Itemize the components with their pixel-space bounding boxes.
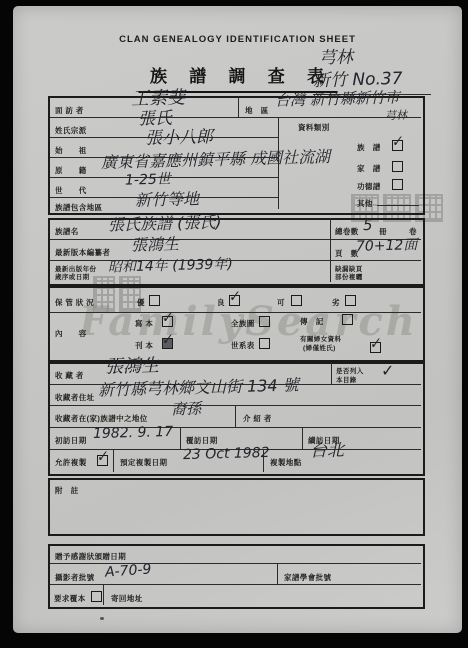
manuscript-checkbox <box>162 316 173 327</box>
rule <box>50 260 421 261</box>
interviewer-value: 王素斐 <box>131 89 185 108</box>
condition-option-label: 優 <box>137 297 145 308</box>
content-option-label: 刊 本 <box>135 340 153 351</box>
rule <box>103 584 104 605</box>
content-option-label: 傳 記 <box>300 316 324 327</box>
compiler-label: 最新版本編纂者 <box>55 247 110 258</box>
volumes-unit1: 冊 <box>379 226 387 237</box>
book-title-value: 張氏族譜 (張氏) <box>108 215 222 234</box>
rule <box>50 584 421 585</box>
content-option-label: 全族圖 <box>231 318 255 329</box>
copy-permission-checkbox <box>97 455 108 466</box>
surname-label: 姓氏宗派 <box>55 125 87 136</box>
first-ancestor-value: 張小八郎 <box>145 129 213 148</box>
scan-artifact-dot <box>100 617 104 620</box>
family-genealogy-checkbox <box>392 161 403 172</box>
women-data-label-line2: (婦僅姓氏) <box>303 343 336 352</box>
corner-note-number: 新竹 No.37 <box>313 71 403 90</box>
clan-genealogy-checkbox <box>392 140 403 151</box>
sheet-header-english: CLAN GENEALOGY IDENTIFICATION SHEET <box>13 34 462 45</box>
copy-permission-label: 允許複製 <box>55 457 87 468</box>
paper-page: CLAN GENEALOGY IDENTIFICATION SHEET 族 譜 … <box>13 6 462 633</box>
rule <box>50 312 421 313</box>
return-address-label: 寄回地址 <box>111 593 143 604</box>
condition-option-label: 良 <box>217 297 225 308</box>
volumes-unit2: 卷 <box>409 226 417 237</box>
region-value: 台灣 新竹縣新竹市 <box>275 90 400 108</box>
origin-label: 原 籍 <box>55 165 87 176</box>
condition-option-label: 劣 <box>332 297 340 308</box>
copy-date-value: 23 Oct 1982 <box>183 446 270 462</box>
content-option-label: 世系表 <box>231 340 255 351</box>
content-option-label: 寫 本 <box>135 318 153 329</box>
category-note: 芎林 <box>385 110 407 122</box>
category-option-label: 其他 <box>357 198 373 209</box>
missing-label-line2: 部份複曬 <box>335 272 363 281</box>
volumes-value: 5 <box>363 218 373 233</box>
women-data-checkbox <box>370 342 381 353</box>
compiler-value: 張鴻生 <box>131 236 179 253</box>
generations-value: 1-25世 <box>125 172 171 187</box>
rule <box>277 563 278 584</box>
rule <box>113 449 114 472</box>
pubdate-label-line2: 歲序或日期 <box>55 272 90 281</box>
scanned-sheet: CLAN GENEALOGY IDENTIFICATION SHEET 族 譜 … <box>0 0 468 648</box>
book-title-label: 族譜名 <box>55 226 79 237</box>
listed-label-line1: 是否列入 <box>336 366 364 375</box>
category-option-label: 功德譜 <box>357 181 381 192</box>
rule <box>302 427 303 449</box>
copy-place-value: 台北 <box>310 443 344 461</box>
award-date-label: 贈予感謝狀頒贈日期 <box>55 551 126 562</box>
holder-name-value: 張鴻生 <box>105 357 159 376</box>
photographer-batch-value: A-70-9 <box>105 562 152 579</box>
holder-name-label: 收 藏 者 <box>55 370 84 381</box>
content-label: 內 容 <box>55 328 87 339</box>
introducer-label: 介 紹 者 <box>243 413 272 424</box>
copy-request-checkbox <box>91 591 102 602</box>
holder-position-label: 收藏者在(家)族譜中之地位 <box>55 413 148 424</box>
biography-checkbox <box>342 314 353 325</box>
second-visit-label: 覆訪日期 <box>186 435 218 446</box>
pedigree-table-checkbox <box>259 338 270 349</box>
rule <box>330 218 331 282</box>
condition-excellent-checkbox <box>149 295 160 306</box>
corner-note-town: 芎林 <box>319 50 353 68</box>
category-label: 資料類別 <box>298 122 330 133</box>
copy-place-label: 複製地點 <box>270 457 302 468</box>
interviewer-label: 面 訪 者 <box>55 105 84 116</box>
region-label: 地 區 <box>245 105 269 116</box>
category-option-label: 族 譜 <box>357 142 381 153</box>
pubdate-value: 昭和14年 (1939年) <box>108 257 233 274</box>
first-ancestor-label: 始 祖 <box>55 145 87 156</box>
rule <box>238 96 239 117</box>
holder-address-label: 收藏者住址 <box>55 392 95 403</box>
notes-label: 附 註 <box>55 485 79 496</box>
condition-option-label: 可 <box>277 297 285 308</box>
category-option-label: 家 譜 <box>357 163 381 174</box>
rule <box>180 427 181 449</box>
surname-value: 張氏 <box>138 111 172 129</box>
notes-box <box>48 478 425 536</box>
printed-edition-checkbox <box>162 338 173 349</box>
coverage-label: 族譜包含地區 <box>55 202 102 213</box>
rule <box>50 117 421 118</box>
listed-checkmark: ✓ <box>381 363 395 379</box>
rule <box>331 362 332 384</box>
merit-genealogy-checkbox <box>392 179 403 190</box>
condition-fair-checkbox <box>291 295 302 306</box>
rule <box>235 405 236 427</box>
other-blank-line <box>377 205 419 206</box>
women-data-label-line1: 有關婦女資料 <box>300 334 341 343</box>
condition-poor-checkbox <box>345 295 356 306</box>
photographer-batch-label: 攝影者批號 <box>55 572 95 583</box>
listed-label-line2: 本目錄 <box>336 375 357 384</box>
first-visit-value: 1982. 9. 17 <box>93 425 173 441</box>
condition-label: 保 管 狀 況 <box>55 297 94 308</box>
copy-request-label: 要求覆本 <box>54 593 86 604</box>
first-visit-label: 初訪日期 <box>55 435 87 446</box>
copy-date-label: 預定複製日期 <box>120 457 167 468</box>
pages-value: 70+12面 <box>356 238 418 254</box>
volumes-label: 總卷數 <box>335 226 359 237</box>
society-batch-label: 家譜學會批號 <box>284 572 331 583</box>
generations-label: 世 代 <box>55 185 87 196</box>
coverage-value: 新竹等地 <box>135 191 199 209</box>
holder-position-value: 裔孫 <box>171 402 201 418</box>
clan-chart-checkbox <box>259 316 270 327</box>
condition-good-checkbox <box>229 295 240 306</box>
